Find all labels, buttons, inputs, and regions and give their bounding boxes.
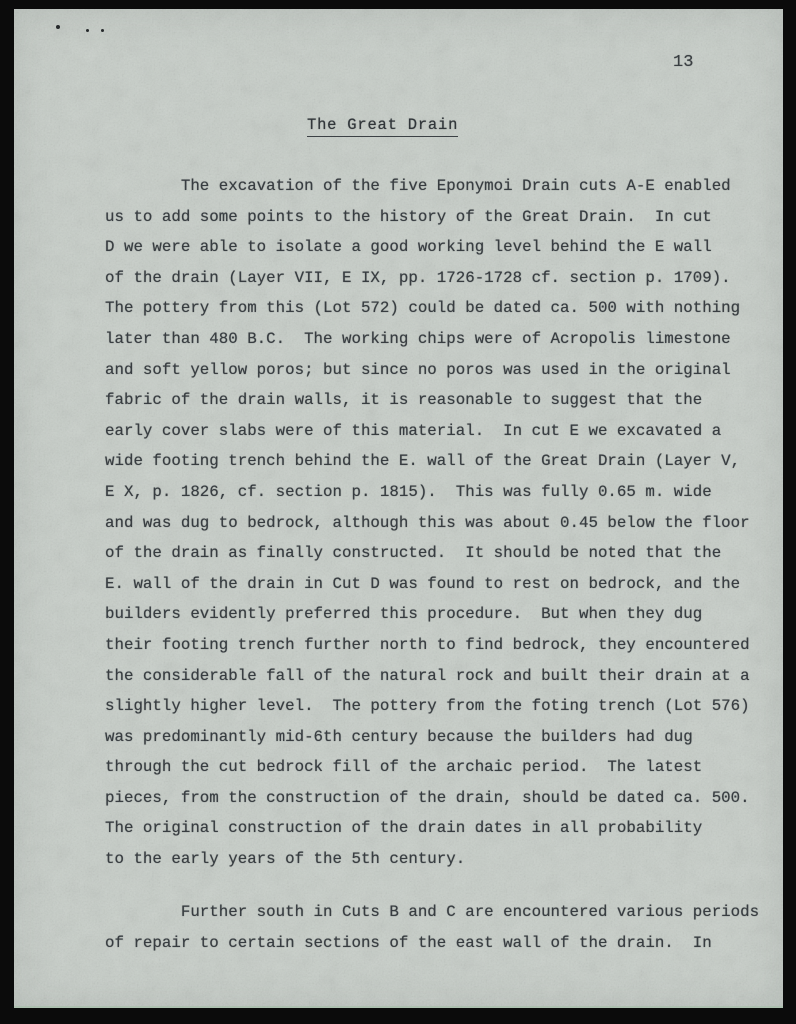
page-number: 13 bbox=[673, 53, 693, 72]
paper-bottom-edge bbox=[14, 1006, 783, 1008]
scanned-document-frame: 13 The Great Drain The excavation of the… bbox=[0, 0, 796, 1024]
ink-speck bbox=[101, 29, 104, 32]
ink-speck bbox=[56, 25, 60, 29]
ink-speck bbox=[86, 29, 89, 32]
paper-page: 13 The Great Drain The excavation of the… bbox=[14, 9, 783, 1008]
paragraph-1: The excavation of the five Eponymoi Drai… bbox=[105, 171, 750, 875]
paragraph-2: Further south in Cuts B and C are encoun… bbox=[105, 897, 759, 958]
page-title: The Great Drain bbox=[307, 116, 458, 137]
